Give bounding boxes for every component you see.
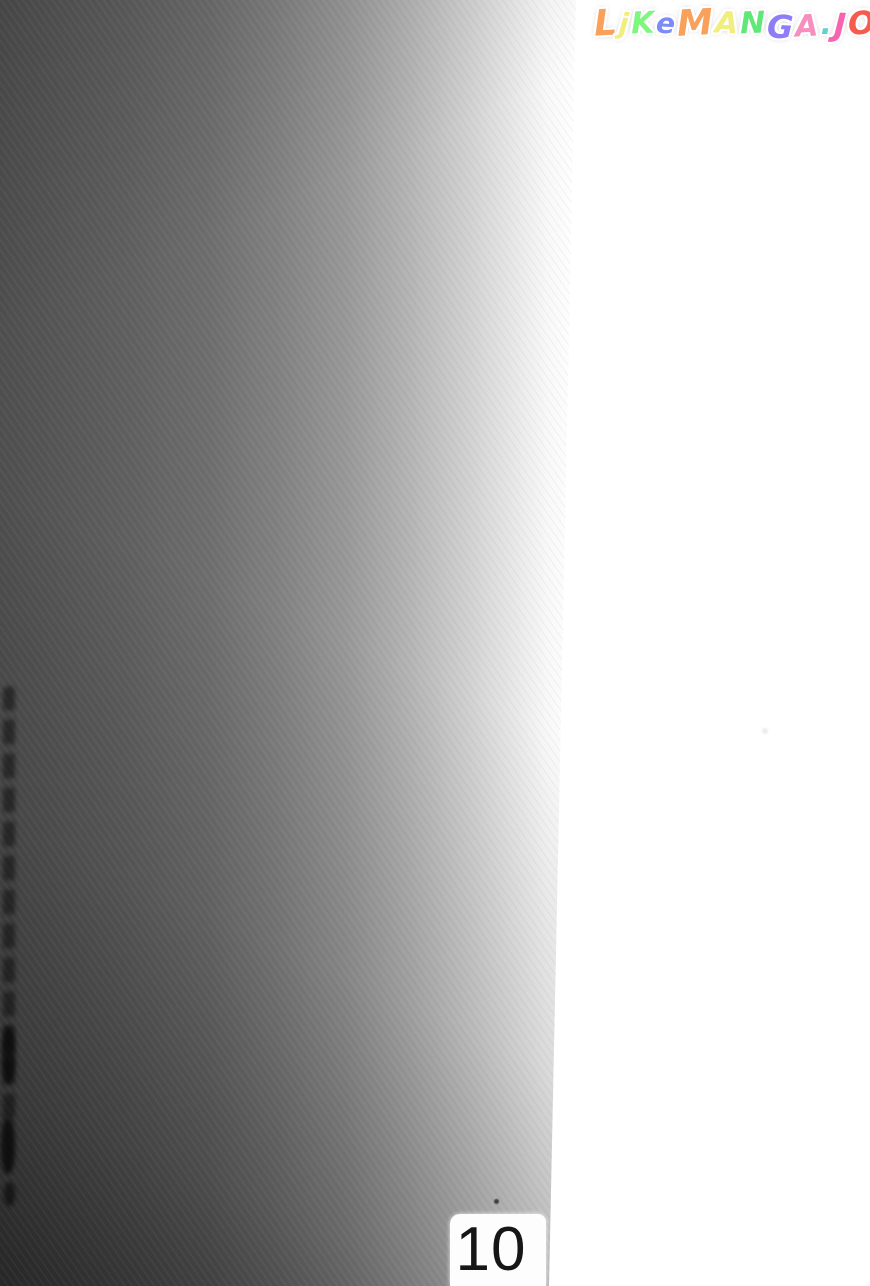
watermark-letter: O	[847, 6, 870, 42]
watermark-letter: K	[630, 7, 654, 41]
page-number-box: 10	[450, 1214, 546, 1286]
manga-page-scan: L j K e M A N G A . J O 10	[0, 0, 870, 1286]
watermark-letter: .	[820, 8, 831, 41]
watermark-letter: L	[593, 3, 618, 44]
spine-ink-blob	[4, 1182, 15, 1206]
watermark-letter: A	[714, 6, 739, 40]
watermark-letter: A	[794, 9, 819, 43]
watermark-letter: e	[655, 9, 676, 41]
watermark-letter: G	[766, 9, 794, 46]
watermark-letter: J	[833, 8, 847, 44]
site-watermark: L j K e M A N G A . J O	[594, 2, 870, 42]
spine-ink-blob	[2, 1026, 15, 1084]
spine-ink-blob	[1, 1118, 15, 1174]
scanned-paper-region	[0, 0, 576, 1286]
watermark-letter: N	[739, 7, 765, 41]
dust-speck	[762, 728, 768, 734]
page-number: 10	[456, 1219, 527, 1281]
dust-speck	[494, 1199, 499, 1204]
watermark-letter: M	[676, 3, 714, 44]
watermark-letter: j	[618, 9, 630, 40]
